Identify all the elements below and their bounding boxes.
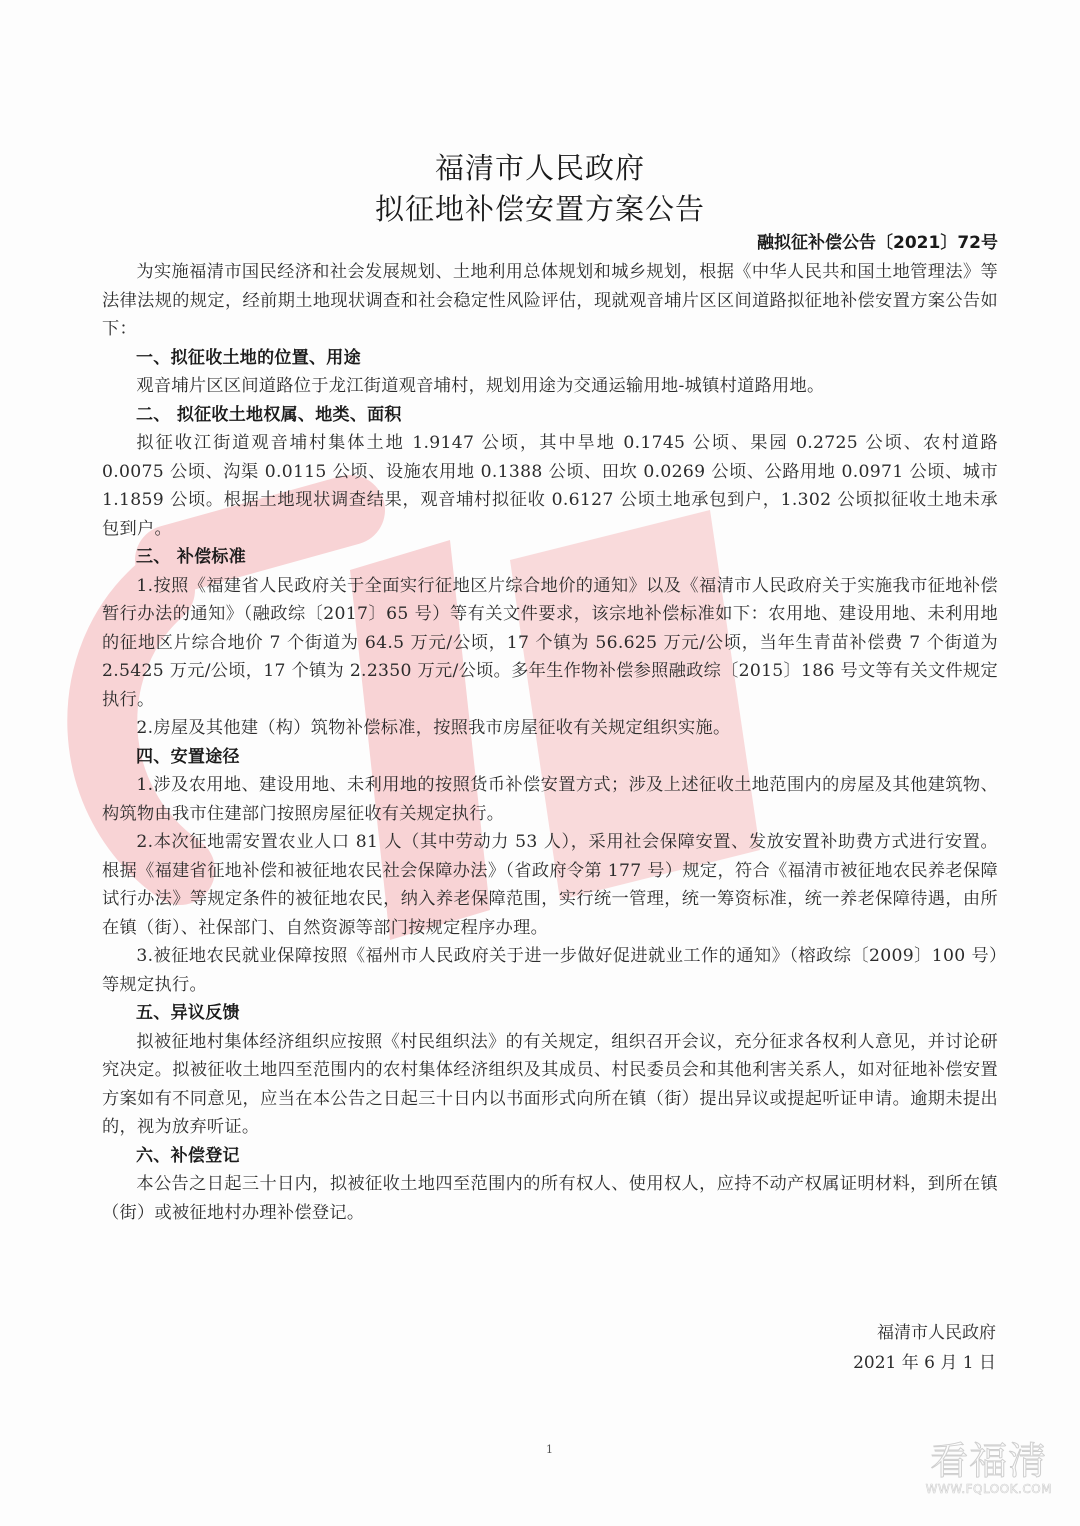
section-paragraph: 拟征收江街道观音埔村集体土地 1.9147 公顷，其中旱地 0.1745 公顷、… (102, 429, 998, 543)
site-logo-url: WWW.FQLOOK.COM (926, 1482, 1052, 1496)
document-title-issuer: 福清市人民政府 (0, 146, 1080, 187)
document-title: 拟征地补偿安置方案公告 (0, 187, 1080, 228)
signature-block: 福清市人民政府 2021 年 6 月 1 日 (853, 1318, 996, 1378)
document-number: 融拟征补偿公告〔2021〕72号 (757, 228, 998, 253)
intro-paragraph: 为实施福清市国民经济和社会发展规划、土地利用总体规划和城乡规划，根据《中华人民共… (102, 258, 998, 344)
section-paragraph: 1.涉及农用地、建设用地、未利用地的按照货币补偿安置方式；涉及上述征收土地范围内… (102, 771, 998, 828)
section-heading: 六、补偿登记 (102, 1142, 998, 1171)
document-page: 福清市人民政府 拟征地补偿安置方案公告 融拟征补偿公告〔2021〕72号 为实施… (0, 0, 1080, 1526)
section-paragraph: 2.本次征地需安置农业人口 81 人（其中劳动力 53 人），采用社会保障安置、… (102, 828, 998, 942)
site-watermark-logo: 看福清 WWW.FQLOOK.COM (926, 1440, 1052, 1496)
signature-issuer: 福清市人民政府 (853, 1318, 996, 1348)
section-paragraph: 本公告之日起三十日内，拟被征收土地四至范围内的所有权人、使用权人，应持不动产权属… (102, 1170, 998, 1227)
section-paragraph: 观音埔片区区间道路位于龙江街道观音埔村，规划用途为交通运输用地-城镇村道路用地。 (102, 372, 998, 401)
section-paragraph: 拟被征地村集体经济组织应按照《村民组织法》的有关规定，组织召开会议，充分征求各权… (102, 1028, 998, 1142)
section-paragraph: 3.被征地农民就业保障按照《福州市人民政府关于进一步做好促进就业工作的通知》（榕… (102, 942, 998, 999)
section-heading: 三、 补偿标准 (102, 543, 998, 572)
page-number: 1 (546, 1443, 553, 1456)
section-heading: 四、安置途径 (102, 743, 998, 772)
section-paragraph: 2.房屋及其他建（构）筑物补偿标准，按照我市房屋征收有关规定组织实施。 (102, 714, 998, 743)
signature-date: 2021 年 6 月 1 日 (853, 1348, 996, 1378)
section-heading: 一、拟征收土地的位置、用途 (102, 344, 998, 373)
section-heading: 二、 拟征收土地权属、地类、面积 (102, 401, 998, 430)
site-logo-text: 看福清 (926, 1440, 1052, 1482)
document-body: 为实施福清市国民经济和社会发展规划、土地利用总体规划和城乡规划，根据《中华人民共… (102, 258, 998, 1227)
section-heading: 五、异议反馈 (102, 999, 998, 1028)
section-paragraph: 1.按照《福建省人民政府关于全面实行征地区片综合地价的通知》以及《福清市人民政府… (102, 572, 998, 715)
